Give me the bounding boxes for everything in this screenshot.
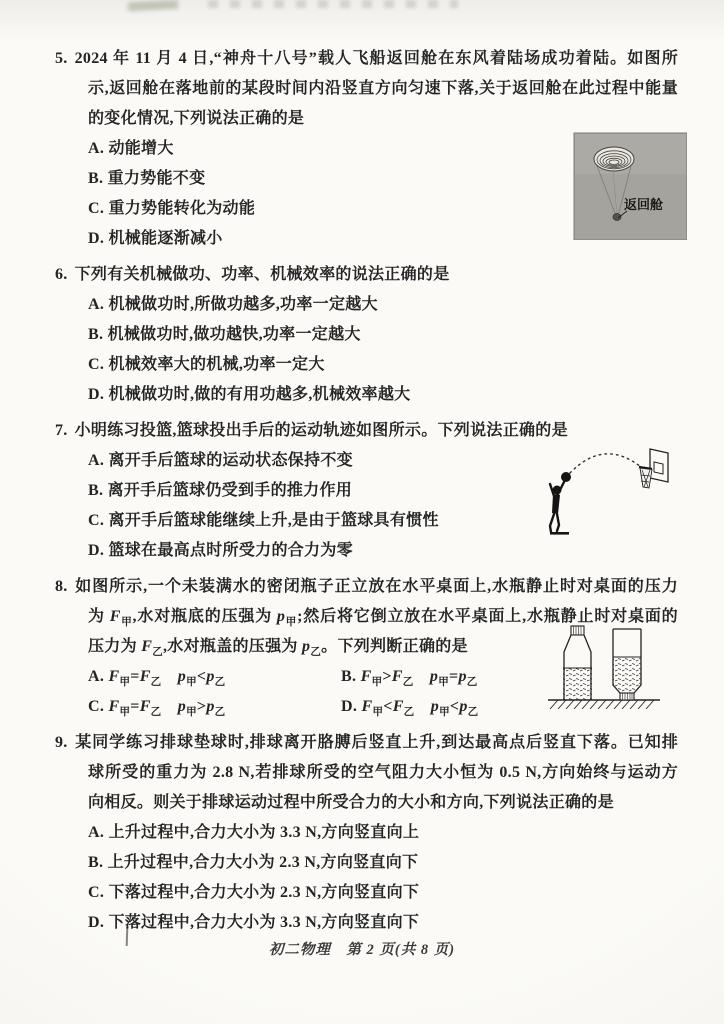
stem-line: 6.下列有关机械做功、功率、机械效率的说法正确的是 — [55, 260, 678, 290]
stem-line: 9.某同学练习排球垫球时,排球离开胳膊后竖直上升,到达最高点后竖直下落。已知排 — [55, 728, 678, 758]
water-bottles-icon — [548, 612, 668, 712]
option-line-b: B. 机械做功时,做功越快,功率一定越大 — [55, 320, 678, 350]
option-line-d: D. 机械做功时,做的有用功越多,机械效率越大 — [55, 380, 678, 410]
figure-label: 返回舱 — [624, 197, 663, 212]
option-line-d: D. 下落过程中,合力大小为 3.3 N,方向竖直向下 — [55, 908, 678, 938]
stem-text: 某同学练习排球垫球时,排球离开胳膊后竖直上升,到达最高点后竖直下落。已知排 — [75, 734, 678, 751]
option-line-c: C. 机械效率大的机械,功率一定大 — [55, 350, 678, 380]
basketball-shot-icon — [524, 436, 700, 538]
stem-text: 下列有关机械做功、功率、机械效率的说法正确的是 — [75, 266, 450, 283]
option-line-a: A. F甲=F乙 p甲<p乙 — [88, 662, 341, 692]
question-number: 8. — [55, 578, 68, 595]
scan-bleed-smudge — [128, 0, 178, 11]
option-grid: A. F甲=F乙 p甲<p乙 B. F甲>F乙 p甲=p乙 C. F甲=F乙 p… — [88, 662, 568, 722]
stem-line: 5.2024 年 11 月 4 日,“神舟十八号”载人飞船返回舱在东风着陆场成功… — [55, 44, 678, 74]
stem-text: 如图所示,一个未装满水的密闭瓶子正立放在水平桌面上,水瓶静止时对桌面的压力 — [75, 578, 678, 595]
option-line-b: B. F甲>F乙 p甲=p乙 — [341, 662, 568, 692]
stem-text: 2024 年 11 月 4 日,“神舟十八号”载人飞船返回舱在东风着陆场成功着陆… — [75, 50, 678, 67]
water-bottles-figure — [548, 612, 668, 717]
stem-line: 向相反。则关于排球运动过程中所受合力的大小和方向,下列说法正确的是 — [55, 788, 678, 818]
option-line-d: D. F甲<F乙 p甲<p乙 — [341, 692, 568, 722]
stem-line: 示,返回舱在落地前的某段时间内沿竖直方向匀速下落,关于返回舱在此过程中能量 — [55, 74, 678, 104]
exam-paper-page: 5.2024 年 11 月 4 日,“神舟十八号”载人飞船返回舱在东风着陆场成功… — [0, 0, 724, 1024]
stem-line: 8.如图所示,一个未装满水的密闭瓶子正立放在水平桌面上,水瓶静止时对桌面的压力 — [55, 572, 678, 602]
option-line-a: A. 机械做功时,所做功越多,功率一定越大 — [55, 290, 678, 320]
stem-text: 小明练习投篮,篮球投出手后的运动轨迹如图所示。下列说法正确的是 — [75, 422, 568, 439]
option-line-c: C. F甲=F乙 p甲>p乙 — [88, 692, 341, 722]
stem-line: 球所受的重力为 2.8 N,若排球所受的空气阻力大小恒为 0.5 N,方向始终与… — [55, 758, 678, 788]
basketball-shot-figure — [524, 436, 700, 543]
option-line-c: C. 下落过程中,合力大小为 2.3 N,方向竖直向下 — [55, 878, 678, 908]
parachute-capsule-icon: 返回舱 — [570, 130, 687, 240]
question-6: 6.下列有关机械做功、功率、机械效率的说法正确的是 A. 机械做功时,所做功越多… — [55, 260, 678, 410]
option-line-b: B. 上升过程中,合力大小为 2.3 N,方向竖直向下 — [55, 848, 678, 878]
question-number: 7. — [55, 422, 68, 439]
question-9: 9.某同学练习排球垫球时,排球离开胳膊后竖直上升,到达最高点后竖直下落。已知排 … — [55, 728, 678, 938]
question-number: 5. — [55, 50, 68, 67]
option-line-a: A. 上升过程中,合力大小为 3.3 N,方向竖直向上 — [55, 818, 678, 848]
scan-bleed-smudge — [208, 0, 458, 8]
capsule-photo-figure: 返回舱 — [570, 130, 687, 245]
question-number: 6. — [55, 266, 68, 283]
question-number: 9. — [55, 734, 68, 751]
page-footer: 初二物理 第 2 页(共 8 页) — [0, 938, 724, 959]
